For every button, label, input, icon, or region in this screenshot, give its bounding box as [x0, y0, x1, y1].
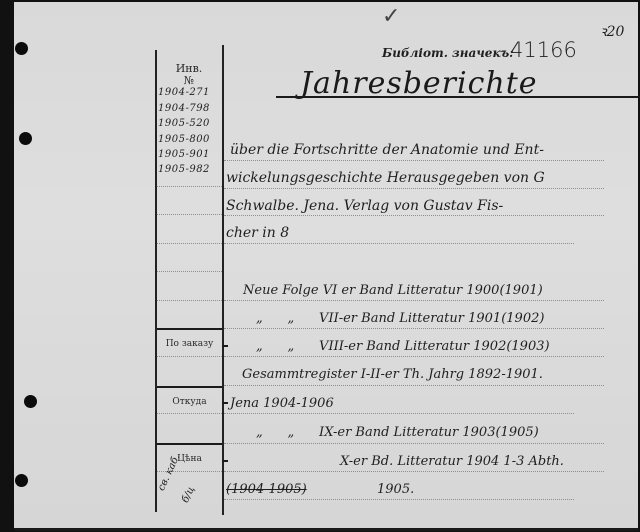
- ruled-line: [224, 443, 604, 444]
- library-number: 41166: [510, 38, 577, 62]
- volume-line: „ „ VIII-er Band Litteratur 1902(1903): [256, 339, 550, 354]
- ruled-line: [224, 413, 574, 414]
- inventory-number: 1905-800: [158, 134, 210, 145]
- ruled-line: [224, 471, 604, 472]
- description-line: über die Fortschritte der Anatomie und E…: [230, 142, 544, 158]
- corner-mark: ꝛ20: [600, 22, 624, 41]
- final-year: 1905.: [377, 482, 414, 497]
- ruled-line: [224, 300, 604, 301]
- title-underline: [276, 96, 640, 98]
- ruled-line: [224, 215, 604, 216]
- ruled-line: [157, 413, 222, 414]
- description-line: Schwalbe. Jena. Verlag von Gustav Fis-: [226, 198, 503, 214]
- ruled-line: [157, 214, 222, 215]
- section-divider: [157, 443, 222, 445]
- section-divider: [157, 386, 222, 388]
- volume-line: Gesammtregister I-II-er Th. Jahrg 1892-1…: [242, 367, 543, 382]
- inventory-number: 1904-271: [158, 87, 210, 98]
- inventory-number: 1905-901: [158, 149, 210, 160]
- section-tick: [222, 460, 228, 462]
- ruled-line: [224, 243, 574, 244]
- struck-years: (1904-1905): [226, 482, 307, 497]
- ruled-line: [157, 300, 222, 301]
- library-label: Библіот. значекъ:: [382, 46, 514, 60]
- section-tick: [222, 402, 228, 404]
- ruled-line: [224, 188, 604, 189]
- ruled-line: [224, 385, 604, 386]
- punch-hole: [19, 132, 32, 145]
- volume-line: Neue Folge VI er Band Litteratur 1900(19…: [243, 283, 543, 298]
- inventory-number: 1905-982: [158, 164, 210, 175]
- inventory-sign: №: [157, 74, 221, 87]
- ruled-line: [157, 186, 222, 187]
- right-column-border: [222, 45, 224, 515]
- punch-hole: [24, 395, 37, 408]
- check-mark-icon: ✓: [382, 4, 400, 29]
- description-line: cher in 8: [226, 225, 289, 241]
- punch-hole: [15, 42, 28, 55]
- inventory-number: 1905-520: [158, 118, 210, 129]
- section-tick: [222, 345, 228, 347]
- ruled-line: [157, 271, 222, 272]
- ruled-line: [224, 328, 604, 329]
- punch-hole: [15, 474, 28, 487]
- volume-line: X-er Bd. Litteratur 1904 1-3 Abth.: [340, 454, 564, 469]
- ruled-line: [157, 356, 222, 357]
- ruled-line: [224, 356, 604, 357]
- field-label-by-order: По заказу: [157, 339, 222, 349]
- description-line: wickelungsgeschichte Herausgegeben von G: [226, 170, 545, 186]
- volume-line: „ „ IX-er Band Litteratur 1903(1905): [256, 425, 539, 440]
- inventory-number: 1904-798: [158, 103, 210, 114]
- section-divider: [157, 328, 222, 330]
- field-label-source: Откуда: [157, 397, 222, 407]
- ruled-line: [157, 243, 222, 244]
- ruled-line: [224, 499, 574, 500]
- volume-line: „ „ VII-er Band Litteratur 1901(1902): [256, 311, 544, 326]
- ruled-line: [224, 160, 604, 161]
- volume-line: Jena 1904-1906: [230, 396, 334, 411]
